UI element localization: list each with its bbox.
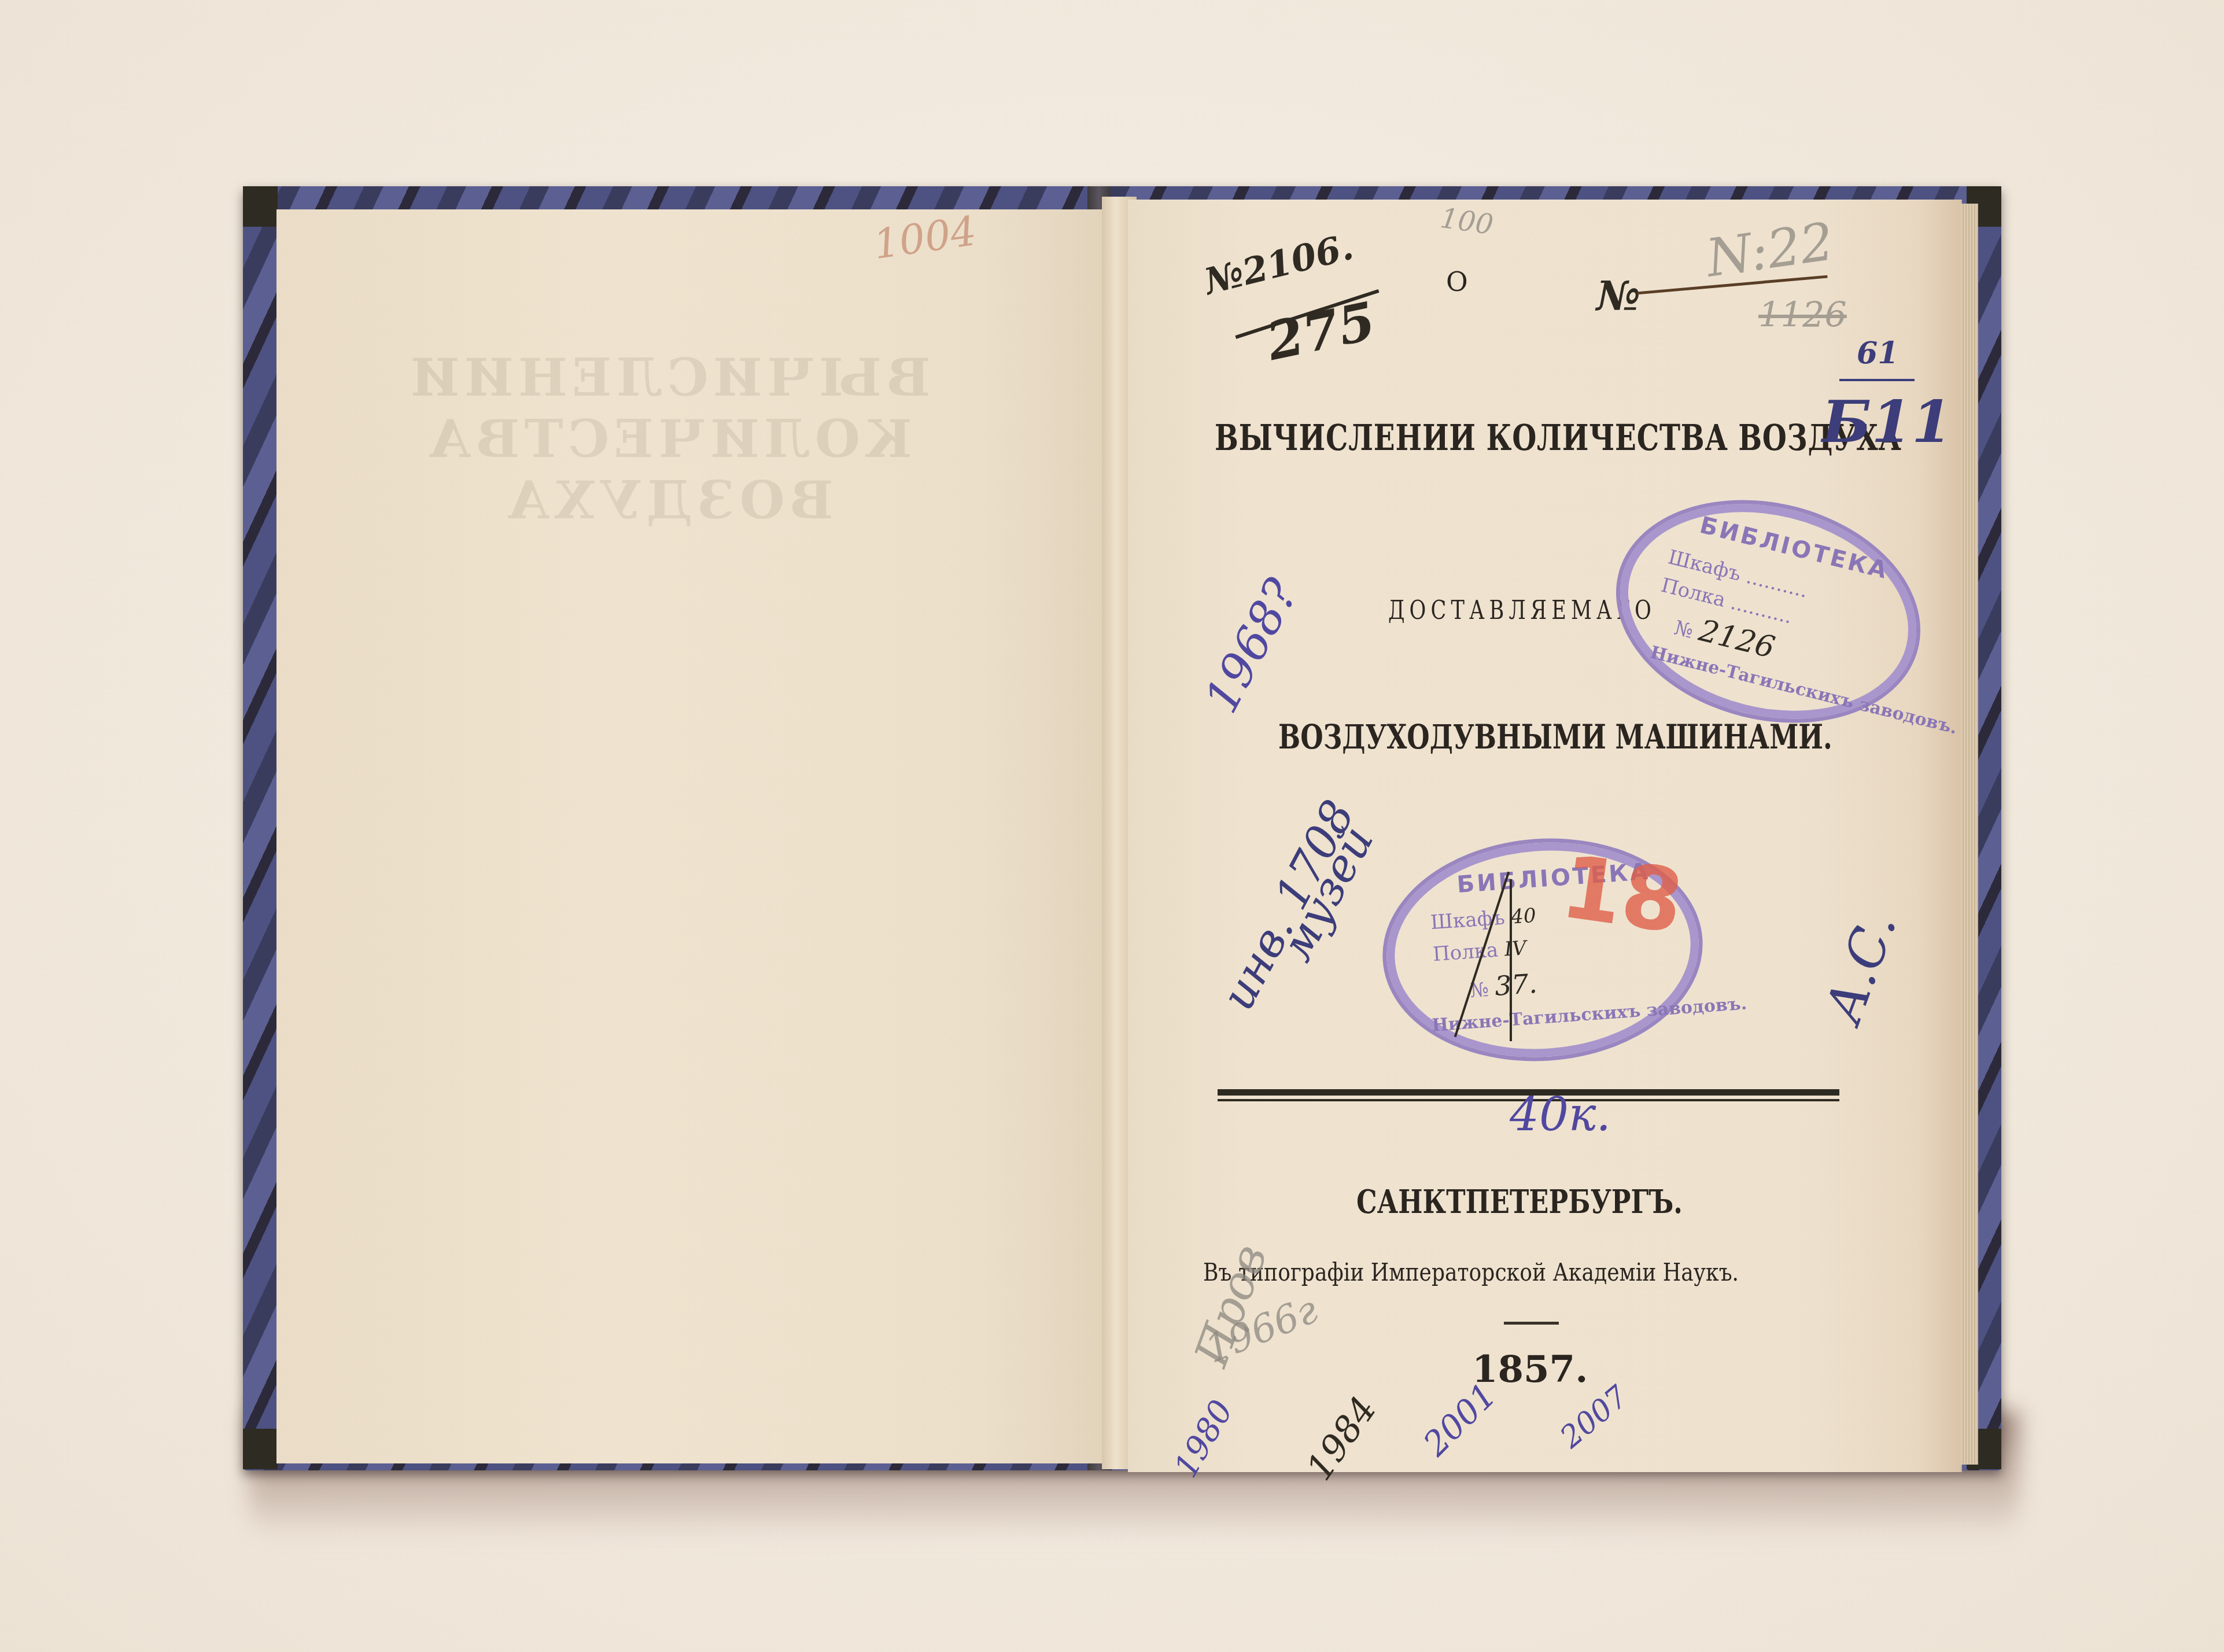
title-o: О: [1446, 266, 1468, 297]
cover-corner-top-left: [243, 186, 278, 227]
page-edges: [1961, 204, 1978, 1465]
title-line-3: ВОЗДУХОДУВНЫМИ МАШИНАМИ.: [1278, 717, 1832, 757]
hw-right-under: Б11: [1822, 388, 1952, 456]
cover-corner-bottom-left: [243, 1429, 278, 1469]
imprint-dash: [1504, 1322, 1559, 1325]
hw-stamp-vertical: [1510, 879, 1512, 1041]
stamp-field-number: № 37.: [1469, 968, 1538, 1004]
hw-pencil-struck: 1126: [1758, 295, 1847, 335]
stamp-field-cabinet: Шкафъ 40: [1430, 904, 1537, 935]
hw-price: 40к.: [1510, 1087, 1611, 1141]
hw-right-number-61: 61: [1857, 335, 1898, 371]
hw-struck-number: №: [1596, 272, 1640, 320]
imprint-press: Въ типографіи Императорской Академіи Нау…: [1203, 1258, 1739, 1286]
title-line-2: ДОСТАВЛЯЕМАГО: [1388, 596, 1656, 625]
stamp-number-label: №: [1672, 616, 1696, 643]
stamp-number-value: 37.: [1493, 968, 1538, 1002]
hw-right-fraction-line: [1839, 379, 1915, 381]
show-through-text: ВЫЧИСЛЕНИИ КОЛИЧЕСТВА ВОЗДУХА: [393, 347, 943, 1041]
imprint-year: 1857.: [1472, 1348, 1588, 1391]
stamp-shelf-value: IV: [1503, 936, 1527, 961]
ghost-line: ВЫЧИСЛЕНИИ КОЛИЧЕСТВА ВОЗДУХА: [393, 347, 943, 531]
stamp-cabinet-value: 40: [1510, 904, 1537, 929]
stamp-shelf-label: Полка: [1432, 938, 1499, 966]
title-line-1: ВЫЧИСЛЕНИИ КОЛИЧЕСТВА ВОЗДУХА: [1215, 416, 1902, 459]
red-pencil-mark: 18: [1555, 836, 1689, 953]
imprint-city: САНКТПЕТЕРБУРГЪ.: [1356, 1183, 1683, 1221]
